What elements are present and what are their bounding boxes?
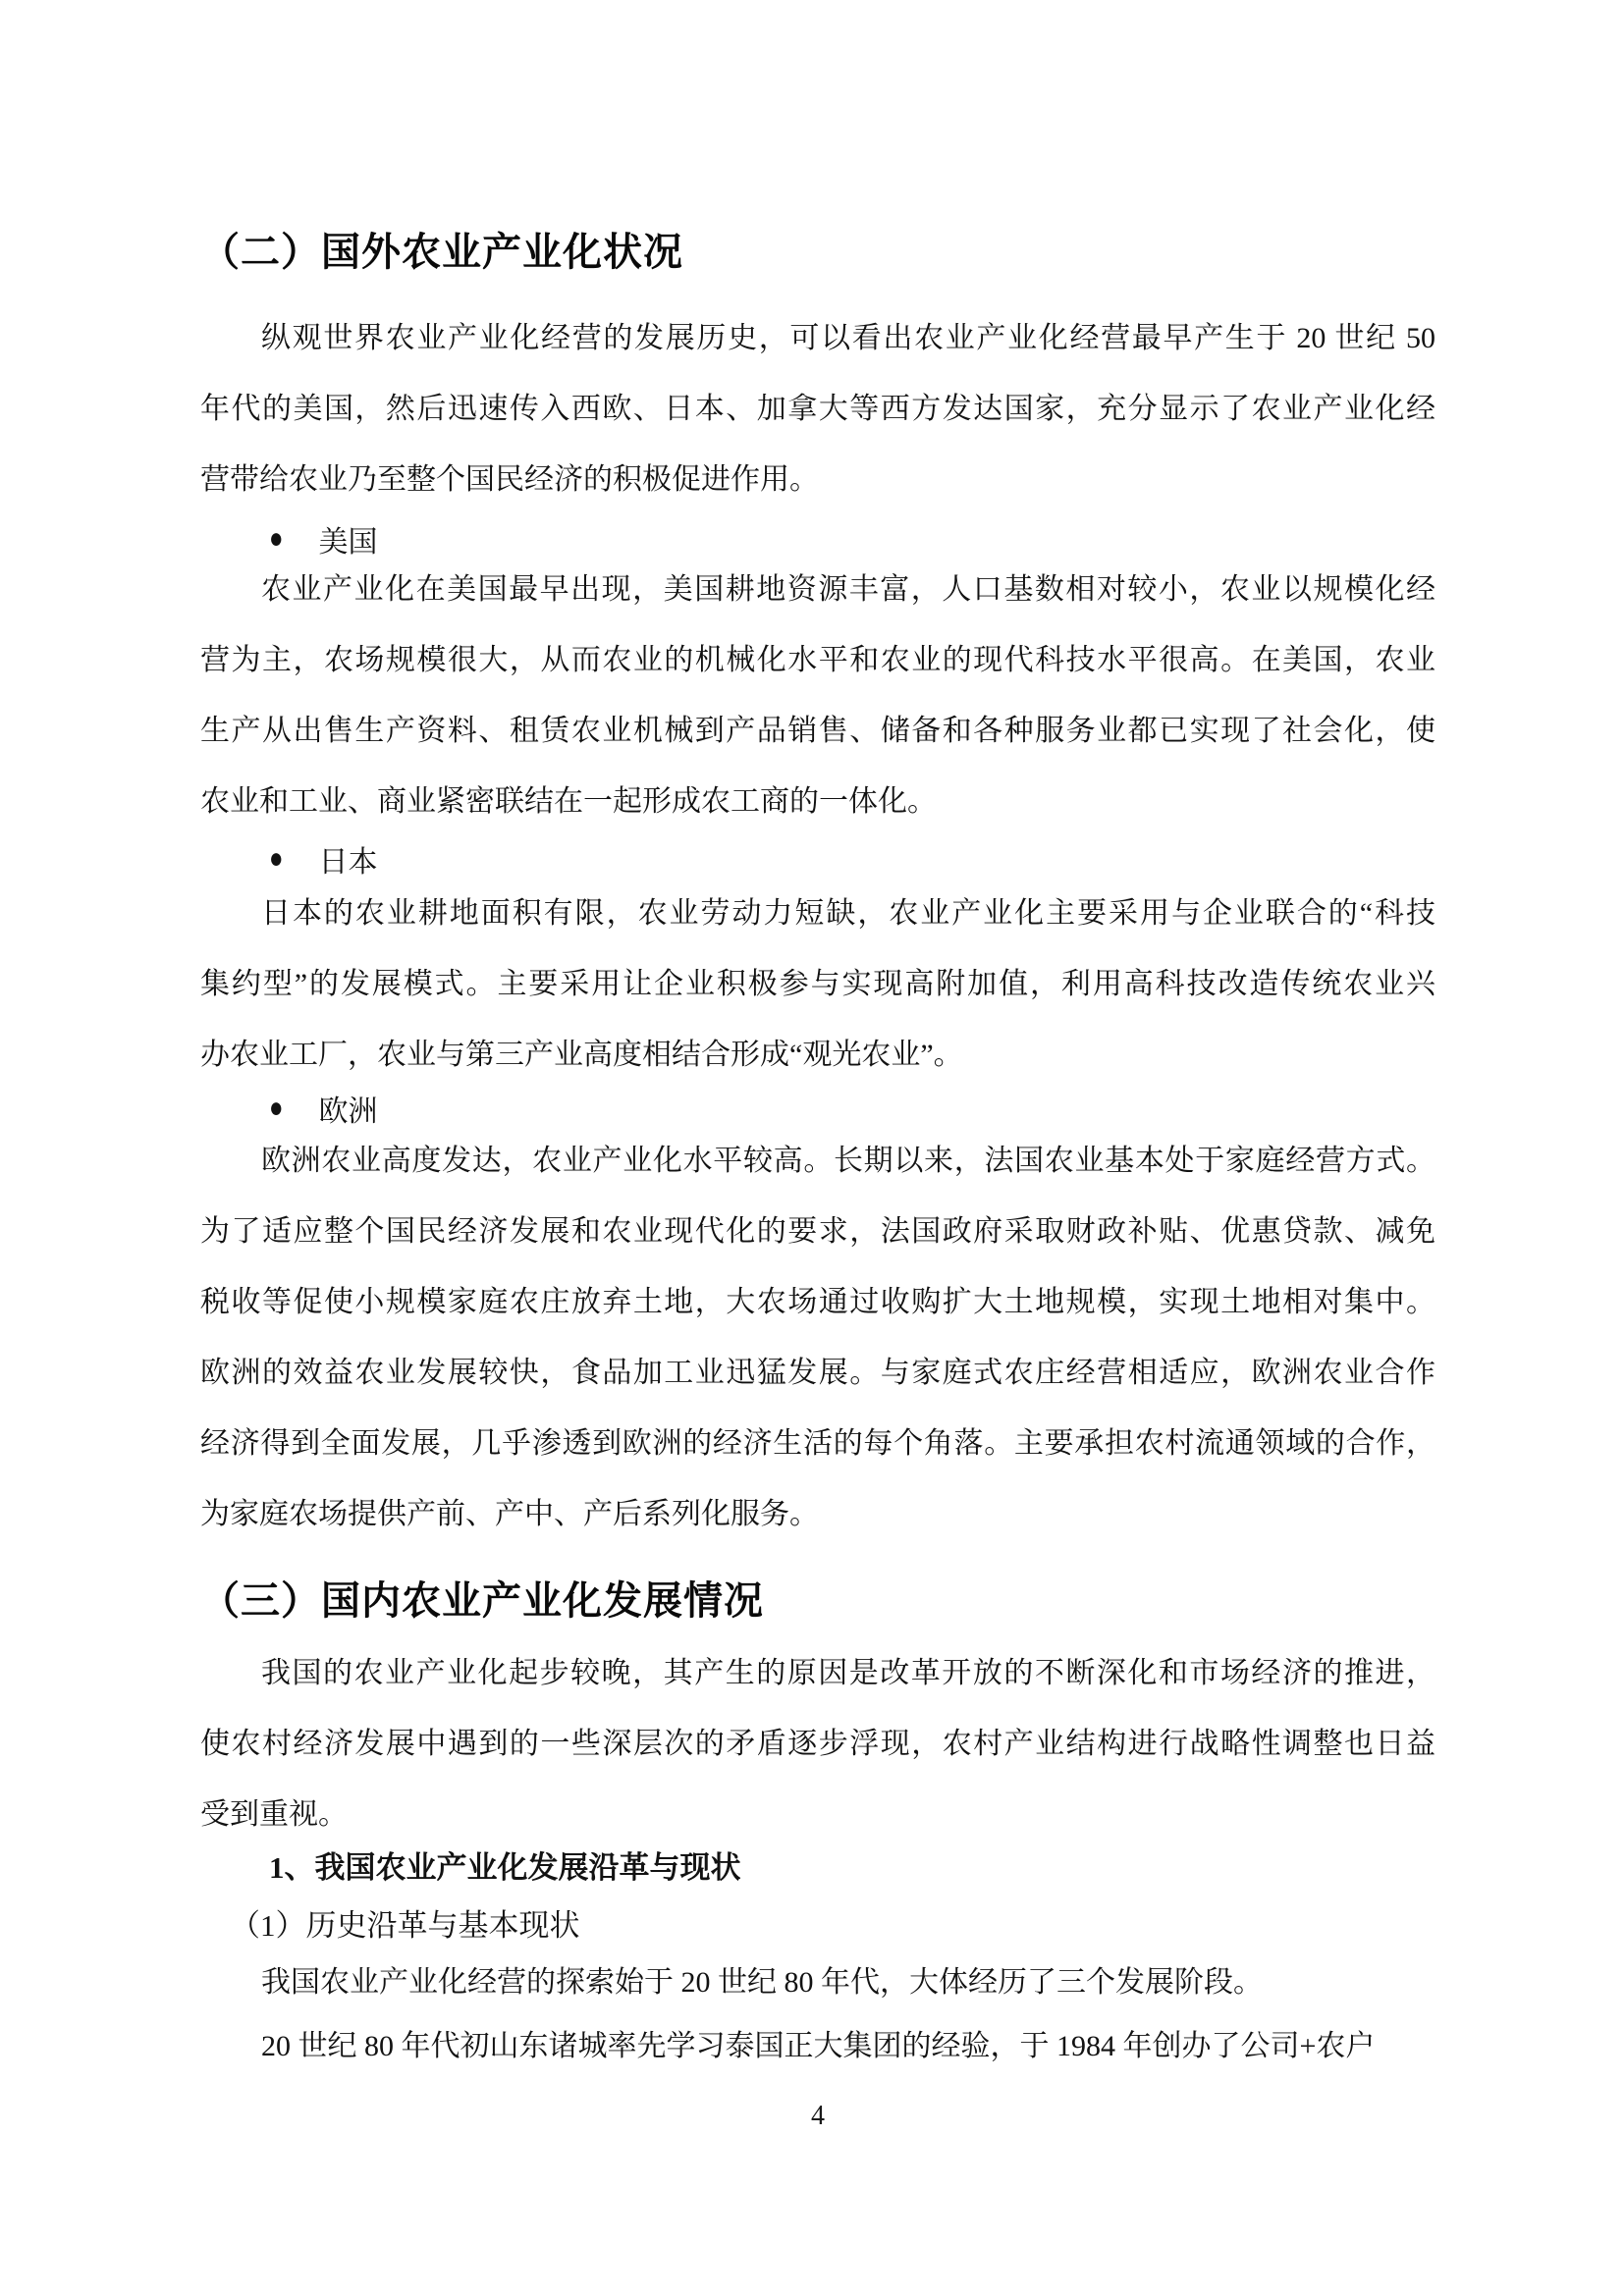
paragraph-world-overview: 纵观世界农业产业化经营的发展历史，可以看出农业产业化经营最早产生于 20 世纪 …: [200, 303, 1435, 515]
paragraph-europe: 欧洲农业高度发达，农业产业化水平较高。长期以来，法国农业基本处于家庭经营方式。 …: [200, 1126, 1435, 1550]
text-line: 日本的农业耕地面积有限，农业劳动力短缺，农业产业化主要采用与企业联合的“科技: [200, 879, 1435, 949]
text-line: 纵观世界农业产业化经营的发展历史，可以看出农业产业化经营最早产生于 20 世纪 …: [200, 303, 1435, 374]
paragraph-shandong: 20 世纪 80 年代初山东诸城率先学习泰国正大集团的经验，于 1984 年创办…: [200, 2011, 1435, 2082]
section-heading-domestic: （三）国内农业产业化发展情况: [200, 1574, 1435, 1629]
section-heading-overseas: （二）国外农业产业化状况: [200, 225, 1435, 280]
text-line: 为了适应整个国民经济发展和农业现代化的要求，法国政府采取财政补贴、优惠贷款、减免: [200, 1197, 1435, 1267]
page-number: 4: [200, 2097, 1435, 2136]
bullet-label-europe: 欧洲: [319, 1087, 378, 1130]
text-line: 农业产业化在美国最早出现，美国耕地资源丰富，人口基数相对较小，农业以规模化经: [200, 555, 1435, 625]
bullet-icon: ●: [269, 1094, 284, 1123]
bullet-label-japan: 日本: [319, 837, 378, 881]
paragraph-exploration: 我国农业产业化经营的探索始于 20 世纪 80 年代，大体经历了三个发展阶段。: [200, 1948, 1435, 2018]
text-line: 税收等促使小规模家庭农庄放弃土地，大农场通过收购扩大土地规模，实现土地相对集中。: [200, 1267, 1435, 1338]
paragraph-china-overview: 我国的农业产业化起步较晚，其产生的原因是改革开放的不断深化和市场经济的推进， 使…: [200, 1638, 1435, 1850]
text-line: 集约型”的发展模式。主要采用让企业积极参与实现高附加值，利用高科技改造传统农业兴: [200, 949, 1435, 1020]
text-line: 为家庭农场提供产前、产中、产后系列化服务。: [200, 1479, 1435, 1550]
text-line: 欧洲的效益农业发展较快，食品加工业迅猛发展。与家庭式农庄经营相适应，欧洲农业合作: [200, 1338, 1435, 1409]
paragraph-japan: 日本的农业耕地面积有限，农业劳动力短缺，农业产业化主要采用与企业联合的“科技 集…: [200, 879, 1435, 1091]
text-line: 年代的美国，然后迅速传入西欧、日本、加拿大等西方发达国家，充分显示了农业产业化经: [200, 374, 1435, 445]
text-line: 欧洲农业高度发达，农业产业化水平较高。长期以来，法国农业基本处于家庭经营方式。: [200, 1126, 1435, 1197]
text-line: 受到重视。: [200, 1780, 1435, 1850]
paragraph-usa: 农业产业化在美国最早出现，美国耕地资源丰富，人口基数相对较小，农业以规模化经 营…: [200, 555, 1435, 837]
text-line: 生产从出售生产资料、租赁农业机械到产品销售、储备和各种服务业都已实现了社会化，使: [200, 696, 1435, 767]
bullet-icon: ●: [269, 524, 284, 554]
text-line: 经济得到全面发展，几乎渗透到欧洲的经济生活的每个角落。主要承担农村流通领域的合作…: [200, 1409, 1435, 1479]
bullet-icon: ●: [269, 844, 284, 874]
sub-heading-development-history: 1、我国农业产业化发展沿革与现状: [200, 1842, 1504, 1894]
sub-heading-history-status: （1）历史沿革与基本现状: [200, 1898, 1465, 1953]
text-line: 营为主，农场规模很大，从而农业的机械化水平和农业的现代科技水平很高。在美国，农业: [200, 625, 1435, 696]
text-line: 使农村经济发展中遇到的一些深层次的矛盾逐步浮现，农村产业结构进行战略性调整也日益: [200, 1709, 1435, 1780]
text-line: 农业和工业、商业紧密联结在一起形成农工商的一体化。: [200, 767, 1435, 837]
text-line: 我国的农业产业化起步较晚，其产生的原因是改革开放的不断深化和市场经济的推进，: [200, 1638, 1435, 1709]
text-line: 营带给农业乃至整个国民经济的积极促进作用。: [200, 445, 1435, 515]
